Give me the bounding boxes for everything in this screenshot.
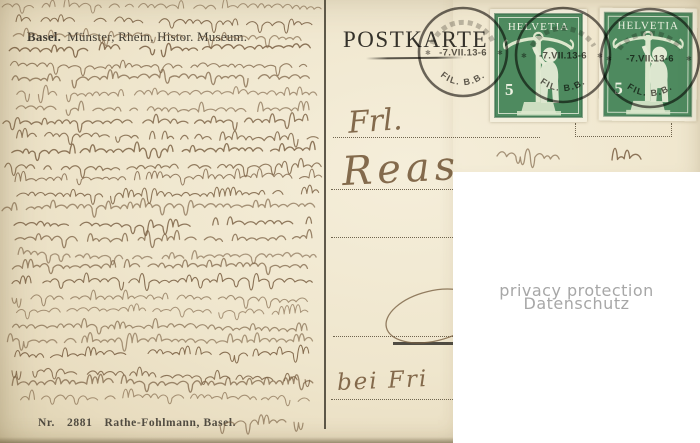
- postmark-date: -7.VII.13-6: [626, 54, 674, 65]
- svg-text:FIL. B.B.: FIL. B.B.: [539, 76, 588, 93]
- bottom-edge-shadow: [0, 437, 453, 443]
- postmark-star-icon: ✱: [521, 52, 527, 60]
- postmark-date: -7.VII.13-6: [539, 51, 587, 62]
- postcard-scan: Basel.Münster, Rhein, Histor. Museum. PO…: [0, 0, 700, 443]
- svg-text:FIL. B.B.: FIL. B.B.: [439, 70, 487, 87]
- privacy-line-2: Datenschutz: [453, 297, 700, 311]
- postmark-date: -7.VII.13-6: [439, 48, 487, 59]
- postmark-star-icon: ✱: [606, 55, 612, 63]
- postmark-office-arc: FIL. B.B.: [626, 81, 675, 98]
- privacy-overlay: privacy protection Datenschutz: [453, 172, 700, 443]
- postmark-star-icon: ✱: [497, 49, 503, 57]
- postmark-star-icon: ✱: [686, 55, 692, 63]
- postmark-town-smudge: [619, 33, 681, 49]
- postmark-right: -7.VII.13-6 FIL. B.B. ✱ ✱: [598, 6, 700, 110]
- postmark-town-smudge: [532, 28, 594, 46]
- postmark-town-smudge: [432, 22, 494, 44]
- svg-text:FIL. B.B.: FIL. B.B.: [626, 81, 675, 98]
- handwriting-salutation: Frl.: [347, 102, 404, 141]
- postmark-office-arc: FIL. B.B.: [439, 70, 487, 87]
- postmark-left: -7.VII.13-6 FIL. B.B. ✱ ✱: [416, 5, 512, 101]
- handwriting-addressee-name: Reas: [341, 143, 461, 195]
- handwriting-care-of: bei Fri: [336, 366, 428, 396]
- postmark-star-icon: ✱: [425, 49, 431, 57]
- postmark-office-arc: FIL. B.B.: [539, 76, 588, 93]
